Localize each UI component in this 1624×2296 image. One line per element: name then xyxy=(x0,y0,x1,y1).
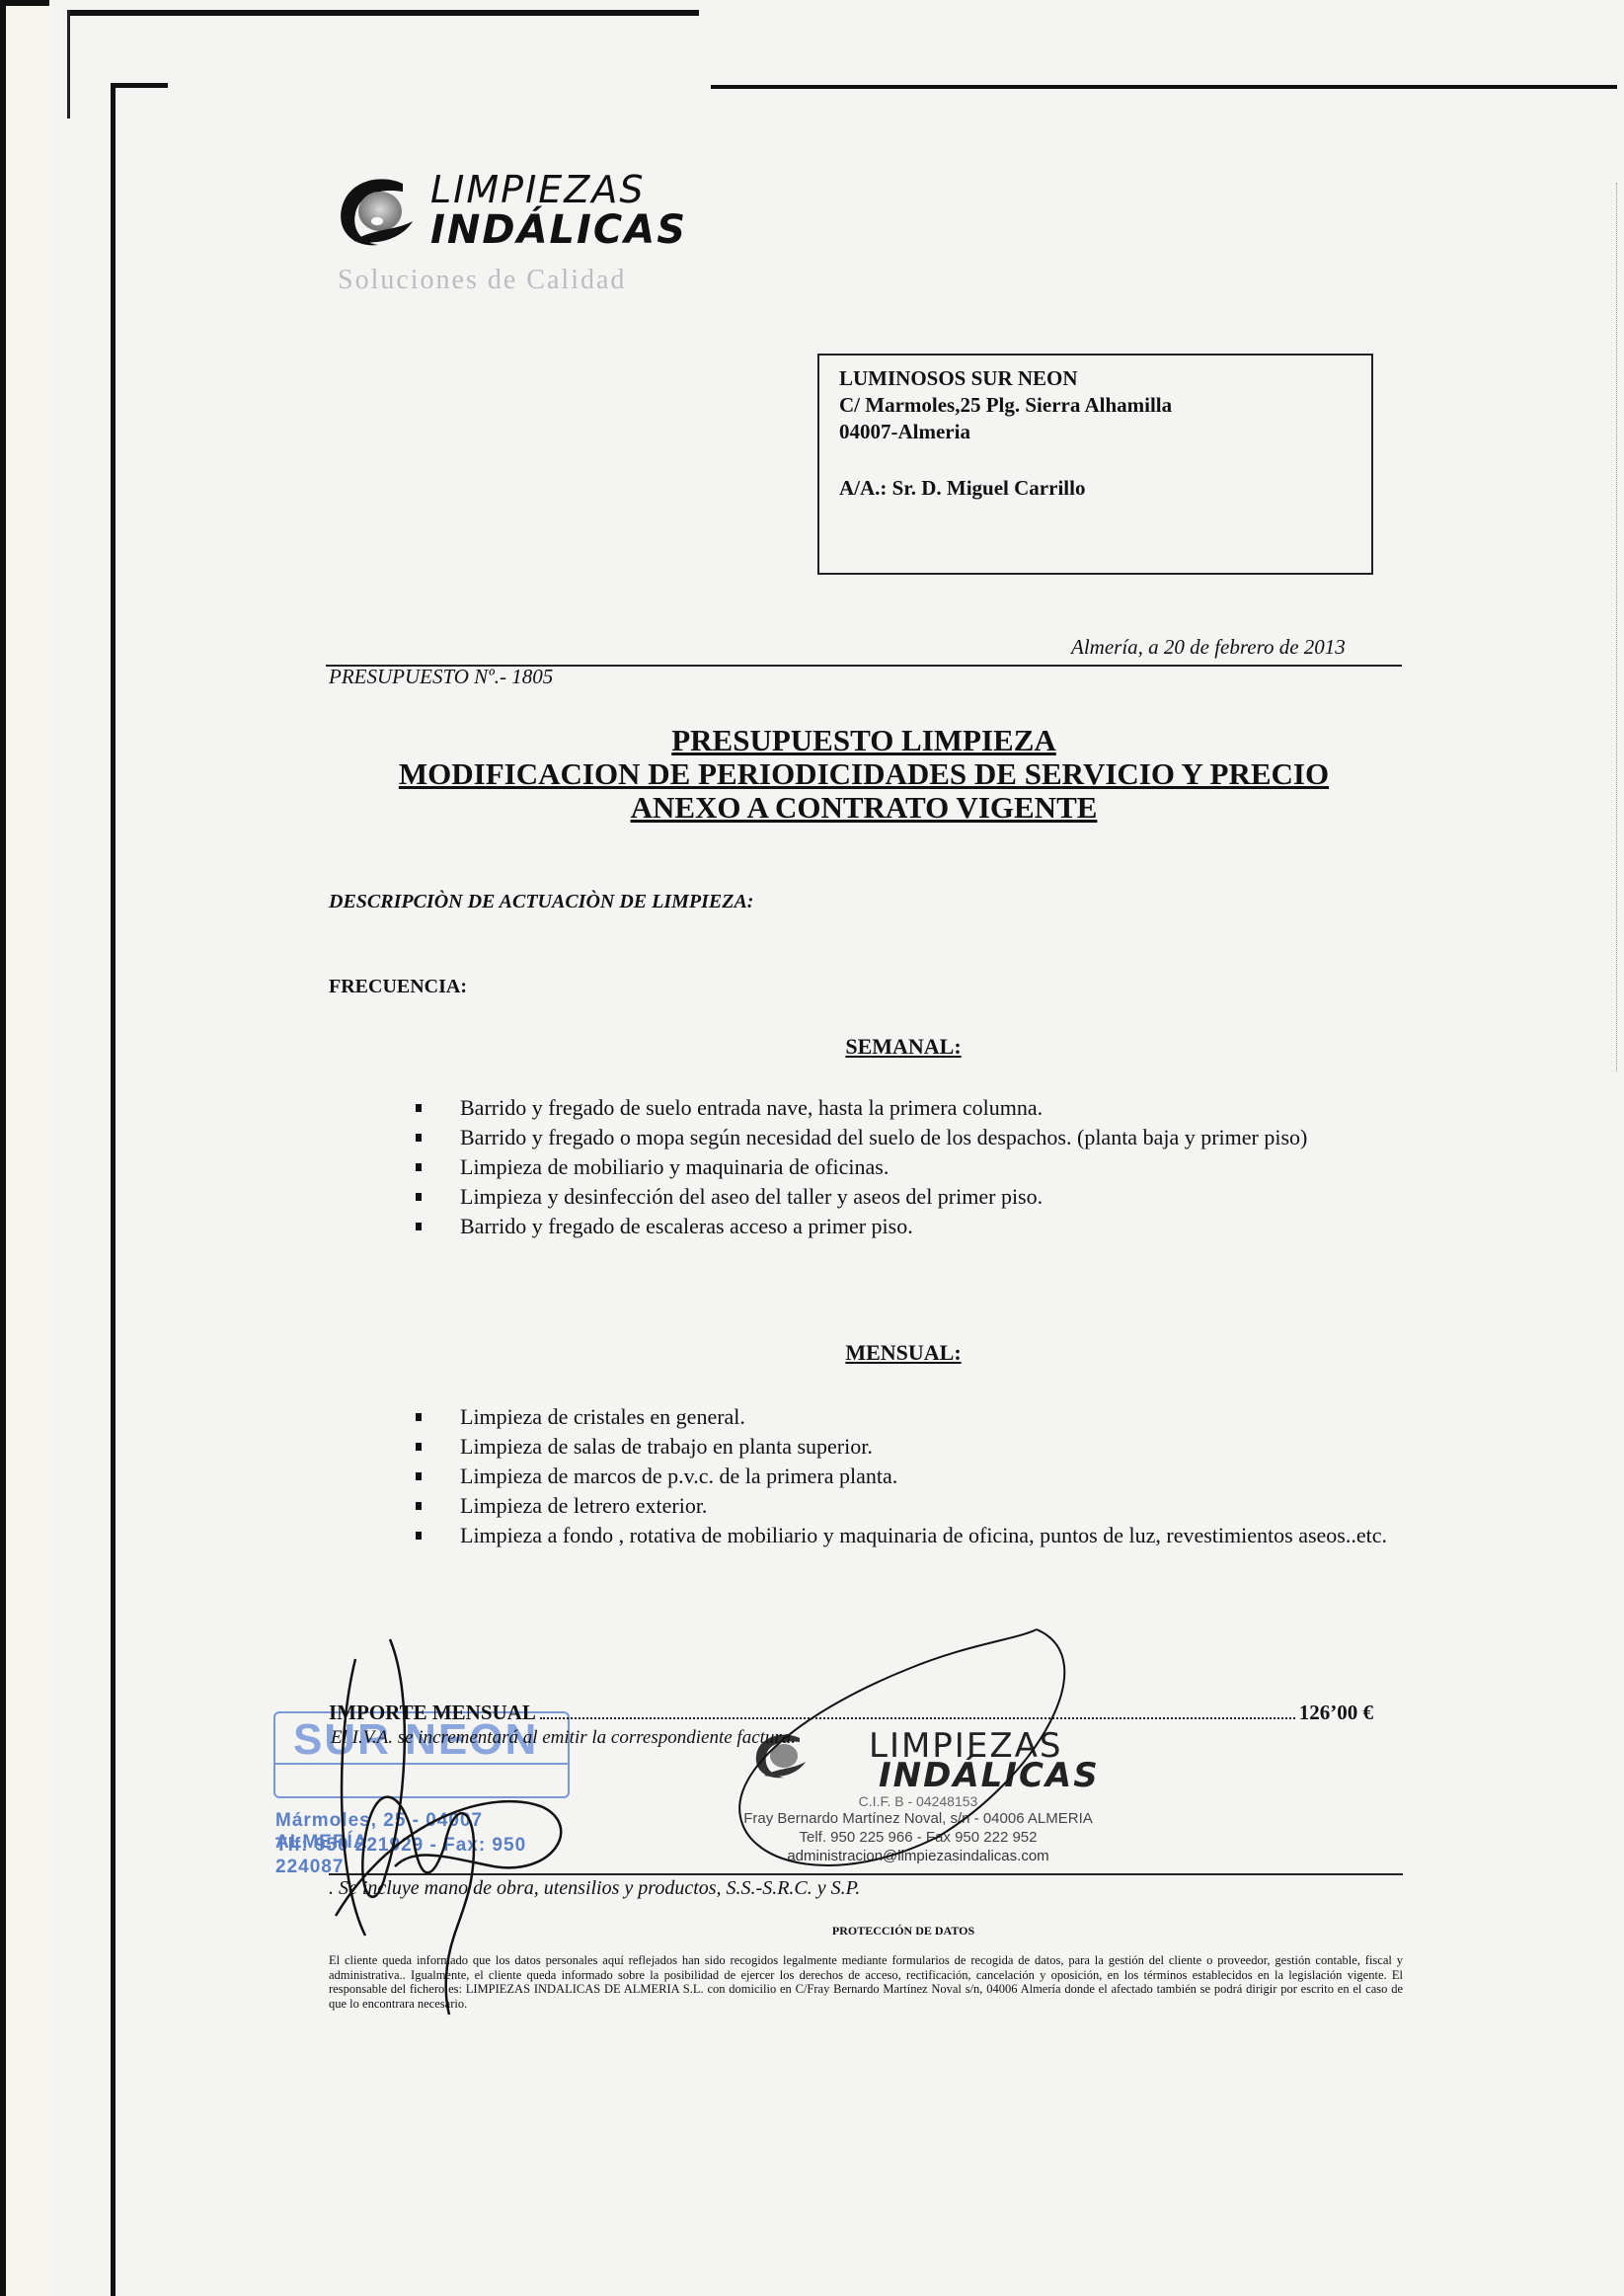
monthly-amount-row: IMPORTE MENSUAL 126’00 € xyxy=(329,1701,1373,1725)
amount-label: IMPORTE MENSUAL xyxy=(329,1701,536,1725)
description-heading: DESCRIPCIÒN DE ACTUACIÒN DE LIMPIEZA: xyxy=(329,891,753,913)
bullet-icon xyxy=(416,1472,422,1480)
data-protection-text: El cliente queda informado que los datos… xyxy=(329,1953,1403,2011)
monthly-task-list: Limpieza de cristales en general. Limpie… xyxy=(413,1402,1405,1550)
bullet-icon xyxy=(416,1502,422,1510)
document-date: Almería, a 20 de febrero de 2013 xyxy=(1071,635,1346,660)
list-item: Limpieza de mobiliario y maquinaria de o… xyxy=(413,1152,1405,1182)
stamp-rule xyxy=(273,1763,570,1765)
bullet-icon xyxy=(416,1134,422,1142)
frame-line xyxy=(67,10,70,119)
budget-number: PRESUPUESTO Nº.- 1805 xyxy=(329,665,553,689)
bullet-icon xyxy=(416,1104,422,1112)
list-item: Limpieza de marcos de p.v.c. de la prime… xyxy=(413,1462,1405,1491)
bullet-icon xyxy=(416,1443,422,1451)
task-text: Barrido y fregado de suelo entrada nave,… xyxy=(460,1095,1043,1120)
logo-globe-icon xyxy=(334,174,423,253)
task-text: Limpieza de mobiliario y maquinaria de o… xyxy=(460,1154,889,1179)
scan-edge-margin xyxy=(6,6,49,2296)
recipient-name: LUMINOSOS SUR NEON xyxy=(839,365,1352,392)
top-rule xyxy=(711,85,1617,89)
task-text: Limpieza de letrero exterior. xyxy=(460,1493,707,1518)
list-item: Limpieza y desinfección del aseo del tal… xyxy=(413,1182,1405,1212)
task-text: Limpieza a fondo , rotativa de mobiliari… xyxy=(460,1523,1387,1547)
logo-name-line2: INDÁLICAS xyxy=(430,207,687,253)
monthly-heading: MENSUAL: xyxy=(326,1340,1402,1366)
weekly-task-list: Barrido y fregado de suelo entrada nave,… xyxy=(413,1093,1405,1241)
list-item: Limpieza de salas de trabajo en planta s… xyxy=(413,1432,1405,1462)
frame-corner xyxy=(111,83,168,88)
recipient-address-box: LUMINOSOS SUR NEON C/ Marmoles,25 Plg. S… xyxy=(817,354,1373,575)
includes-note: . Se incluye mano de obra, utensilios y … xyxy=(329,1877,860,1900)
frame-line xyxy=(67,10,699,16)
logo-name-line1: LIMPIEZAS xyxy=(430,168,645,211)
title-line: PRESUPUESTO LIMPIEZA xyxy=(326,724,1402,757)
stamp-phone: Telf. 950 225 966 - Fax 950 222 952 xyxy=(731,1829,1106,1846)
list-item: Barrido y fregado de escaleras acceso a … xyxy=(413,1212,1405,1241)
data-protection-heading: PROTECCIÓN DE DATOS xyxy=(326,1924,1402,1939)
list-item: Barrido y fregado o mopa según necesidad… xyxy=(413,1123,1405,1152)
list-item: Barrido y fregado de suelo entrada nave,… xyxy=(413,1093,1405,1123)
recipient-city: 04007-Almeria xyxy=(839,419,1352,445)
task-text: Limpieza de cristales en general. xyxy=(460,1404,745,1429)
recipient-street: C/ Marmoles,25 Plg. Sierra Alhamilla xyxy=(839,392,1352,419)
bullet-icon xyxy=(416,1532,422,1540)
title-line: MODIFICACION DE PERIODICIDADES DE SERVIC… xyxy=(326,757,1402,791)
task-text: Limpieza de salas de trabajo en planta s… xyxy=(460,1434,873,1459)
list-item: Limpieza a fondo , rotativa de mobiliari… xyxy=(413,1521,1405,1550)
amount-value: 126’00 € xyxy=(1299,1701,1373,1725)
frame-line xyxy=(111,83,116,2296)
task-text: Barrido y fregado o mopa según necesidad… xyxy=(460,1125,1307,1149)
list-item: Limpieza de letrero exterior. xyxy=(413,1491,1405,1521)
task-text: Limpieza y desinfección del aseo del tal… xyxy=(460,1184,1043,1209)
stamp-email: administracion@limpiezasindalicas.com xyxy=(731,1848,1106,1864)
leader-dots xyxy=(540,1717,1295,1719)
document-titles: PRESUPUESTO LIMPIEZA MODIFICACION DE PER… xyxy=(326,724,1402,825)
scan-edge-top xyxy=(0,0,49,6)
stamp-cif: C.I.F. B - 04248153 xyxy=(731,1793,1106,1809)
bullet-icon xyxy=(416,1193,422,1201)
logo-tagline: Soluciones de Calidad xyxy=(338,265,626,296)
title-line: ANEXO A CONTRATO VIGENTE xyxy=(326,791,1402,825)
vat-note: El I.V.A. se incrementará al emitir la c… xyxy=(331,1727,796,1749)
company-stamp: LIMPIEZAS INDÁLICAS C.I.F. B - 04248153 … xyxy=(731,1728,1106,1876)
scan-edge-right xyxy=(1616,183,1618,1071)
frequency-heading: FRECUENCIA: xyxy=(329,976,467,998)
task-text: Limpieza de marcos de p.v.c. de la prime… xyxy=(460,1464,897,1488)
stamp-client-phone: Tlf: 950 221929 - Fax: 950 224087 xyxy=(275,1835,570,1878)
bullet-icon xyxy=(416,1163,422,1171)
bullet-icon xyxy=(416,1413,422,1421)
list-item: Limpieza de cristales en general. xyxy=(413,1402,1405,1432)
company-logo: LIMPIEZAS INDÁLICAS Soluciones de Calida… xyxy=(334,166,709,299)
task-text: Barrido y fregado de escaleras acceso a … xyxy=(460,1214,913,1238)
stamp-company-line2: INDÁLICAS xyxy=(879,1756,1100,1795)
bullet-icon xyxy=(416,1223,422,1230)
weekly-heading: SEMANAL: xyxy=(326,1034,1402,1060)
recipient-attention: A/A.: Sr. D. Miguel Carrillo xyxy=(839,475,1352,502)
stamp-address: Fray Bernardo Martínez Noval, s/n - 0400… xyxy=(731,1810,1106,1827)
